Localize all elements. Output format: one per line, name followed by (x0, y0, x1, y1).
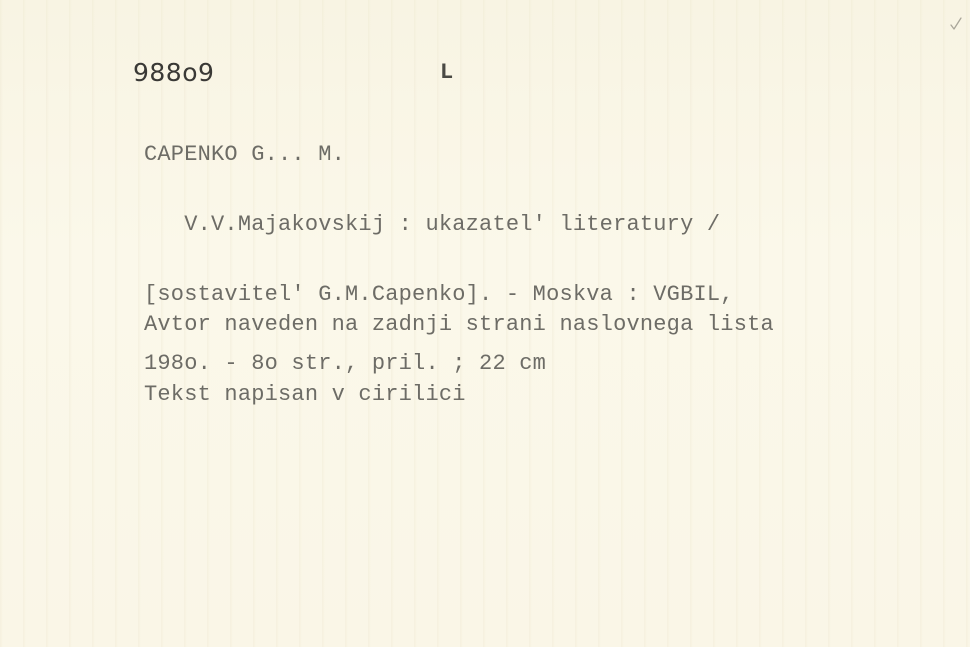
notes: Avtor naveden na zadnji strani naslovneg… (144, 267, 774, 452)
catalog-card: 988o9 L CAPENKO G... M. V.V.Majakovskij … (0, 0, 970, 647)
check-mark-icon (950, 16, 962, 32)
class-mark: L (440, 60, 453, 85)
description-line-title: V.V.Majakovskij : ukazatel' literatury / (144, 213, 734, 237)
accession-number: 988o9 (133, 58, 214, 87)
author-heading: CAPENKO G... M. (144, 143, 345, 166)
note-line: Tekst napisan v cirilici (144, 383, 774, 407)
note-line: Avtor naveden na zadnji strani naslovneg… (144, 313, 774, 337)
